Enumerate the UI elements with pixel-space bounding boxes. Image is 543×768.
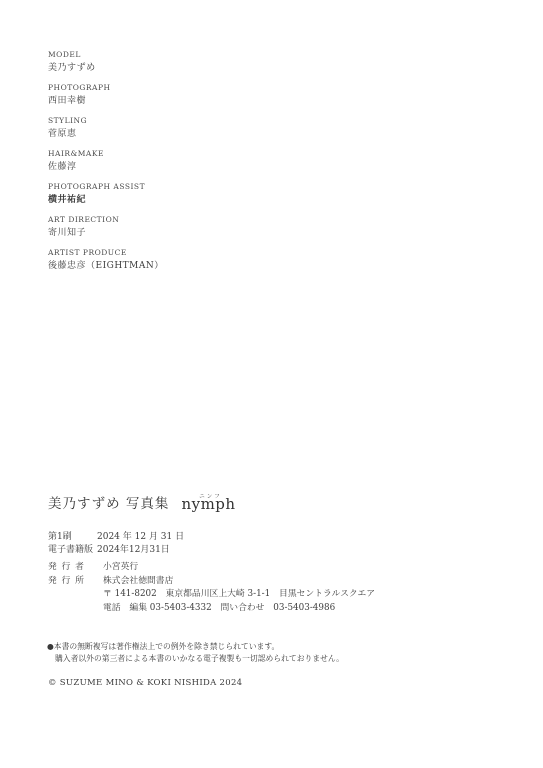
notice-line: 購入者以外の第三者による本書のいかなる電子複製も一切認められておりません。: [47, 653, 344, 665]
book-title: 美乃すずめ 写真集 ニンフ nymph: [48, 495, 236, 513]
credit-name: 菅原恵: [48, 128, 164, 140]
edition-date: 2024年12月31日: [97, 544, 170, 557]
edition-info: 第1刷 2024 年 12 月 31 日 電子書籍版 2024年12月31日: [48, 531, 184, 557]
copyright-notice: ●本書の無断複写は著作権法上での例外を除き禁じられています。 購入者以外の第三者…: [47, 641, 344, 664]
colophon-page: MODEL 美乃すずめ PHOTOGRAPH 西田幸樹 STYLING 菅原恵 …: [0, 0, 543, 768]
credit-name: 美乃すずめ: [48, 62, 164, 74]
credit-name: 横井祐紀: [48, 194, 164, 206]
publisher-label: 発 行 所: [48, 575, 103, 589]
book-title-latin-wrap: ニンフ nymph: [181, 495, 235, 513]
credit-art-direction: ART DIRECTION 寄川知子: [48, 215, 164, 239]
credit-name: 寄川知子: [48, 227, 164, 239]
credit-styling: STYLING 菅原恵: [48, 116, 164, 140]
credit-role: HAIR&MAKE: [48, 149, 164, 159]
edition-first-print: 第1刷 2024 年 12 月 31 日: [48, 531, 184, 544]
credit-role: PHOTOGRAPH: [48, 83, 164, 93]
notice-line: ●本書の無断複写は著作権法上での例外を除き禁じられています。: [47, 641, 344, 653]
credit-name: 後藤忠彦（EIGHTMAN）: [48, 260, 164, 272]
publisher-phone: 電話 編集 03-5403-4332 問い合わせ 03-5403-4986: [103, 602, 375, 616]
credit-hairmake: HAIR&MAKE 佐藤淳: [48, 149, 164, 173]
publisher-address: 〒 141-8202 東京都品川区上大崎 3-1-1 目黒セントラルスクエア: [103, 588, 375, 602]
publisher-row-company: 発 行 所 株式会社徳間書店: [48, 575, 375, 589]
credit-photograph-assist: PHOTOGRAPH ASSIST 横井祐紀: [48, 182, 164, 206]
copyright-line: © SUZUME MINO & KOKI NISHIDA 2024: [48, 678, 242, 688]
publisher-value: 小宮英行: [103, 561, 138, 575]
book-title-furigana: ニンフ: [183, 488, 237, 506]
edition-ebook: 電子書籍版 2024年12月31日: [48, 544, 184, 557]
publisher-value: 株式会社徳間書店: [103, 575, 173, 589]
credit-role: PHOTOGRAPH ASSIST: [48, 182, 164, 192]
credit-name: 佐藤淳: [48, 161, 164, 173]
credit-role: STYLING: [48, 116, 164, 126]
edition-label: 第1刷: [48, 531, 97, 544]
edition-date: 2024 年 12 月 31 日: [97, 531, 184, 544]
publisher-label: 発 行 者: [48, 561, 103, 575]
credit-artist-produce: ARTIST PRODUCE 後藤忠彦（EIGHTMAN）: [48, 248, 164, 272]
book-title-japanese: 美乃すずめ 写真集: [48, 495, 169, 513]
credits-list: MODEL 美乃すずめ PHOTOGRAPH 西田幸樹 STYLING 菅原恵 …: [48, 50, 164, 281]
edition-label: 電子書籍版: [48, 544, 97, 557]
credit-model: MODEL 美乃すずめ: [48, 50, 164, 74]
credit-role: ART DIRECTION: [48, 215, 164, 225]
publisher-info: 発 行 者 小宮英行 発 行 所 株式会社徳間書店 〒 141-8202 東京都…: [48, 561, 375, 615]
credit-name: 西田幸樹: [48, 95, 164, 107]
credit-role: MODEL: [48, 50, 164, 60]
credit-photograph: PHOTOGRAPH 西田幸樹: [48, 83, 164, 107]
publisher-row-issuer: 発 行 者 小宮英行: [48, 561, 375, 575]
credit-role: ARTIST PRODUCE: [48, 248, 164, 258]
